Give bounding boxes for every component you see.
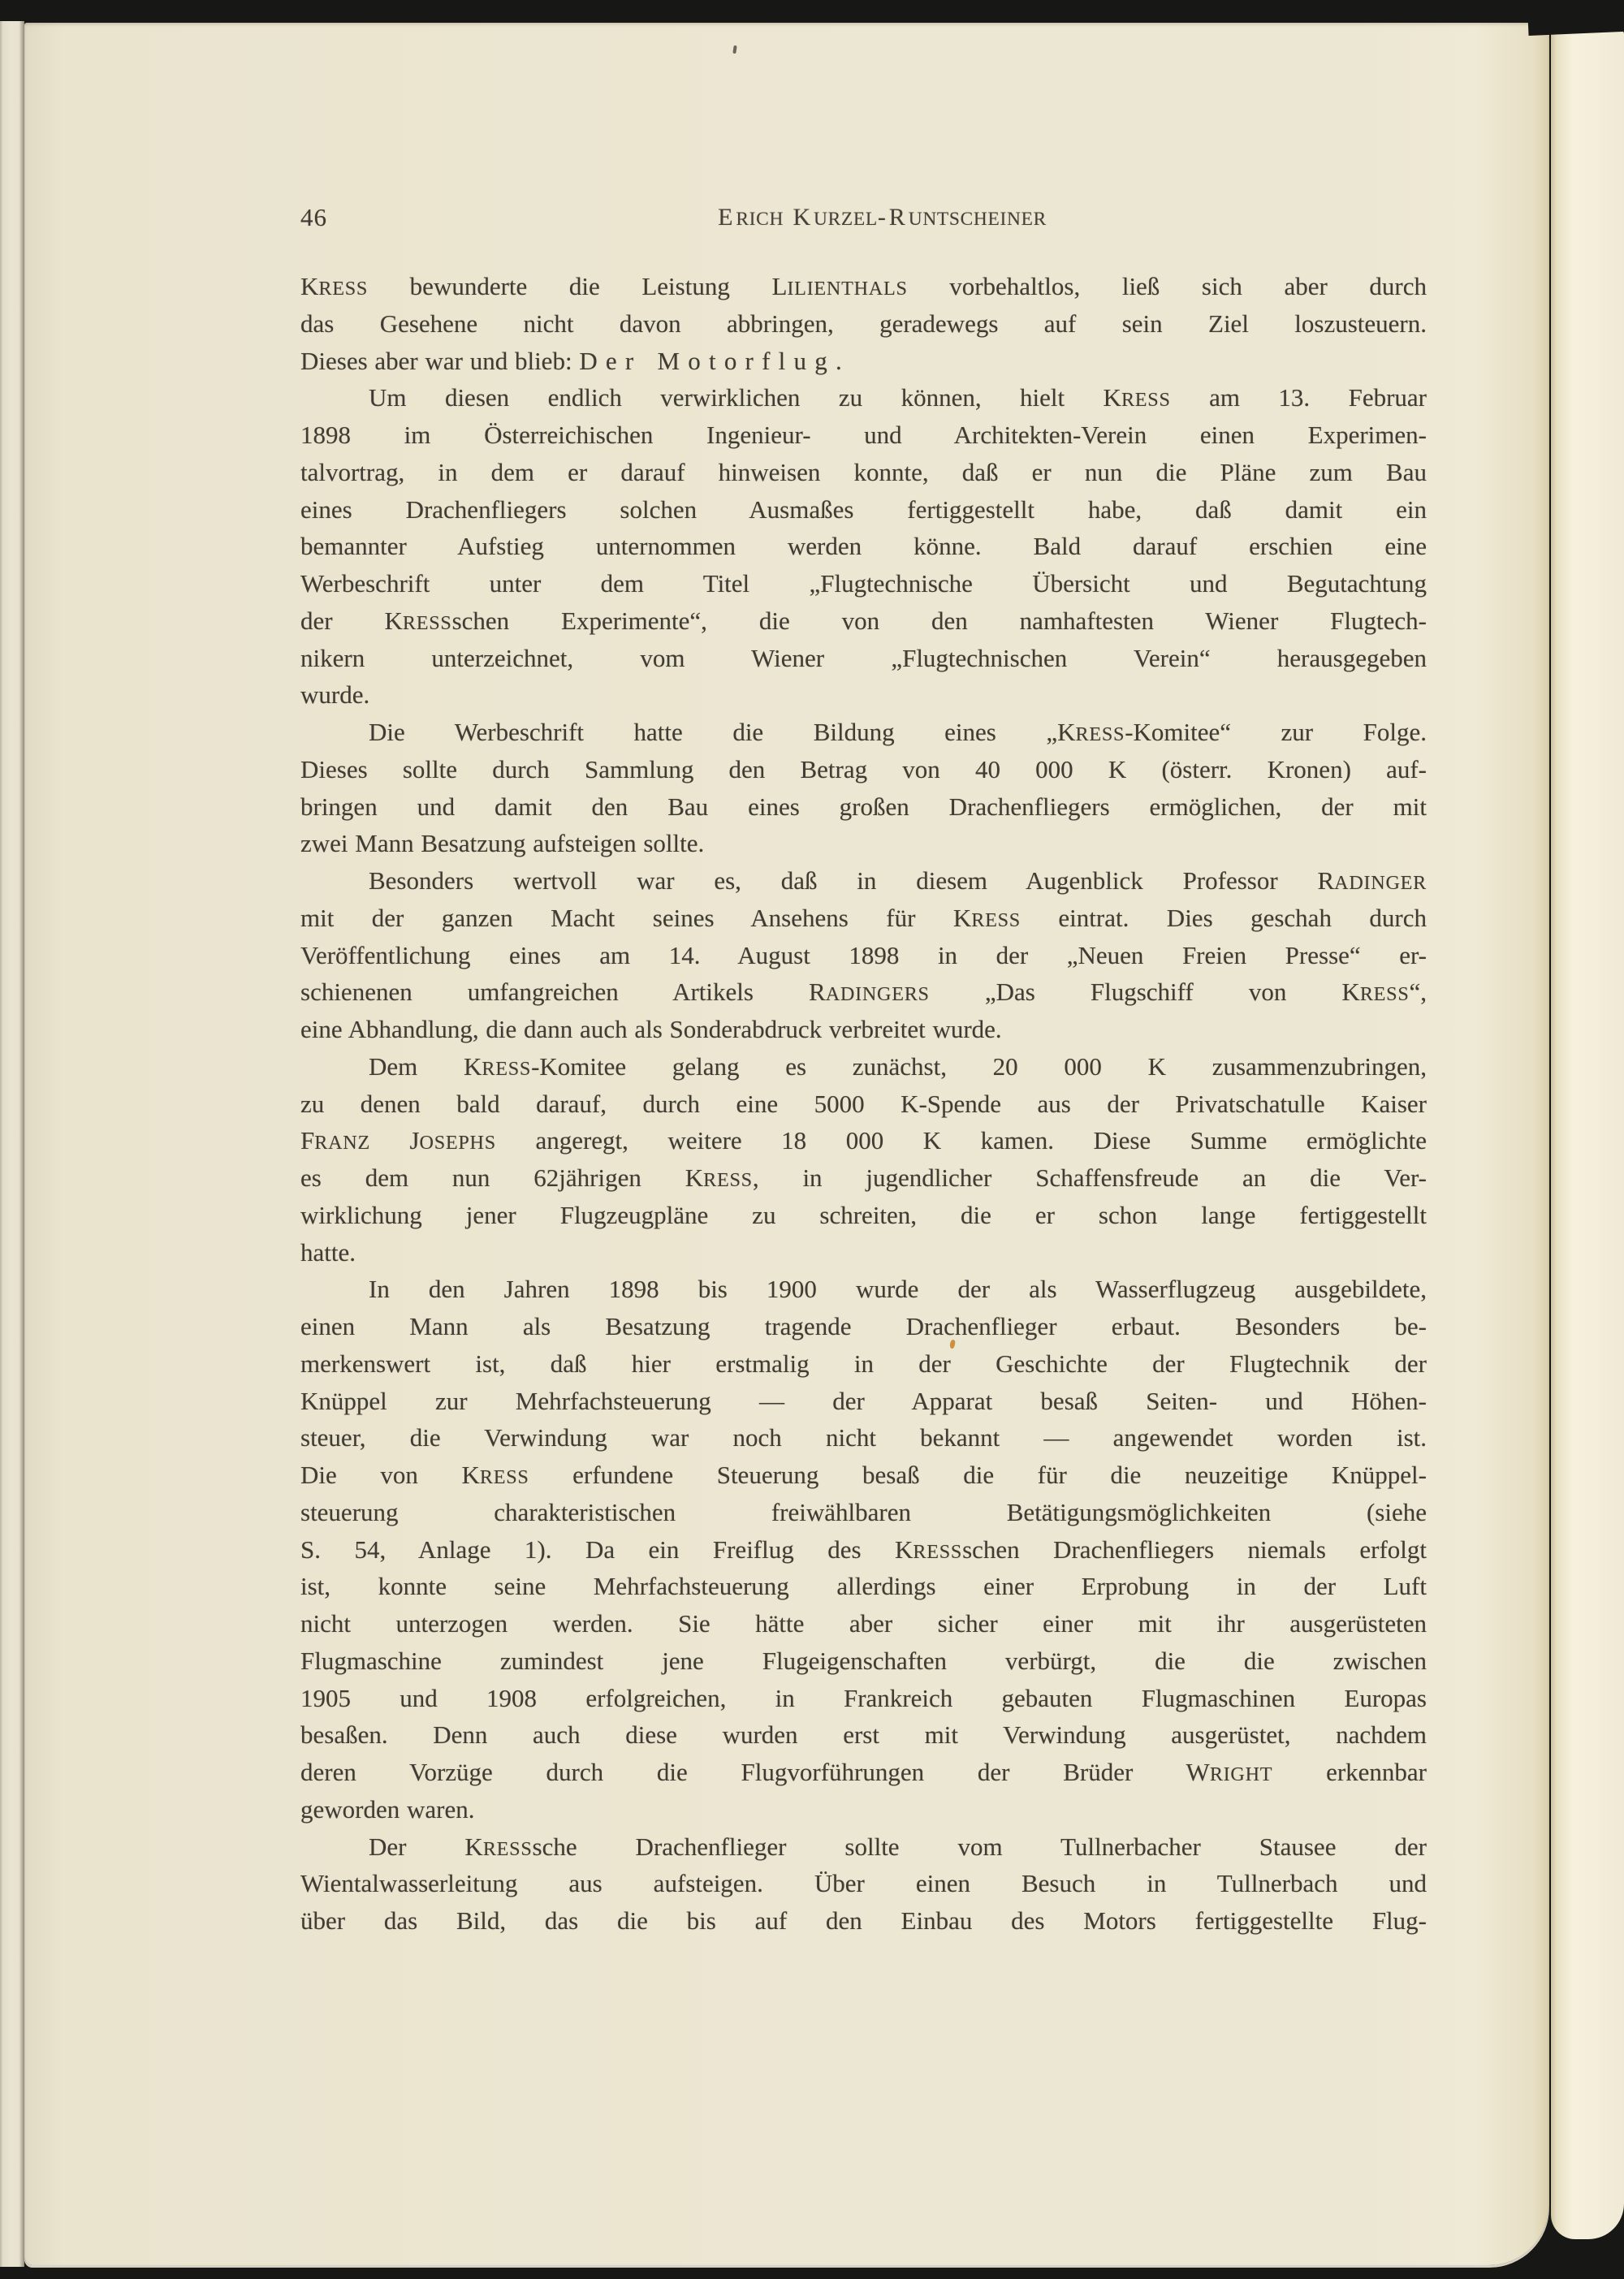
text-line: Der KRESSsche Drachenflieger sollte vom … [300, 1828, 1427, 1866]
paragraph-6: In den Jahren 1898 bis 1900 wurde der al… [300, 1271, 1427, 1828]
text-line: talvortrag, in dem er darauf hinweisen k… [300, 454, 1427, 491]
text-line: Besonders wertvoll war es, daß in diesem… [300, 862, 1427, 900]
text-line: eines Drachenfliegers solchen Ausmaßes f… [300, 491, 1427, 529]
text-line: In den Jahren 1898 bis 1900 wurde der al… [300, 1271, 1427, 1308]
text-line: Um diesen endlich verwirklichen zu könne… [300, 379, 1427, 417]
text-line: besaßen. Denn auch diese wurden erst mit… [300, 1716, 1427, 1754]
text-line: steuer, die Verwindung war noch nicht be… [300, 1419, 1427, 1457]
text-line: der KRESSschen Experimente“, die von den… [300, 602, 1427, 640]
text-line: zu denen bald darauf, durch eine 5000 K-… [300, 1086, 1427, 1123]
text-line: Werbeschrift unter dem Titel „Flugtechni… [300, 565, 1427, 602]
scanned-book-photo: { "header": { "page_number": "46", "runn… [0, 0, 1624, 2279]
text-line: Knüppel zur Mehrfachsteuerung — der Appa… [300, 1383, 1427, 1420]
text-line: das Gesehene nicht davon abbringen, gera… [300, 305, 1427, 343]
running-header-title: ERICH KURZEL-RUNTSCHEINER [300, 199, 1427, 239]
text-line: FRANZ JOSEPHS angeregt, weitere 18 000 K… [300, 1122, 1427, 1159]
text-line: bringen und damit den Bau eines großen D… [300, 788, 1427, 826]
text-line: Wientalwasserleitung aus aufsteigen. Übe… [300, 1865, 1427, 1902]
page-number: 46 [300, 199, 327, 236]
text-line: 1898 im Österreichischen Ingenieur- und … [300, 417, 1427, 454]
running-header: 46 ERICH KURZEL-RUNTSCHEINER [300, 199, 1427, 236]
paragraph-5: Dem KRESS-Komitee gelang es zunächst, 20… [300, 1048, 1427, 1271]
text-line: merkenswert ist, daß hier erstmalig in d… [300, 1345, 1427, 1383]
text-line: nikern unterzeichnet, vom Wiener „Flugte… [300, 640, 1427, 677]
text-line: es dem nun 62jährigen KRESS, in jugendli… [300, 1159, 1427, 1197]
text-line: mit der ganzen Macht seines Ansehens für… [300, 900, 1427, 937]
text-line: wurde. [300, 676, 1427, 714]
page-stack-edge [1551, 29, 1624, 2239]
text-line: geworden waren. [300, 1791, 1427, 1828]
letterspaced-phrase: Der Motorflug. [579, 347, 850, 375]
paragraph-3: Die Werbeschrift hatte die Bildung eines… [300, 714, 1427, 862]
text-column: 46 ERICH KURZEL-RUNTSCHEINER KRESS bewun… [300, 199, 1427, 1940]
text-line: eine Abhandlung, die dann auch als Sonde… [300, 1011, 1427, 1048]
book-left-page-edge [0, 21, 24, 2267]
text-line: bemannter Aufstieg unternommen werden kö… [300, 528, 1427, 565]
paragraph-4: Besonders wertvoll war es, daß in diesem… [300, 862, 1427, 1048]
text-line: Dem KRESS-Komitee gelang es zunächst, 20… [300, 1048, 1427, 1086]
text-line: über das Bild, das die bis auf den Einba… [300, 1902, 1427, 1940]
text-line: nicht unterzogen werden. Sie hätte aber … [300, 1605, 1427, 1642]
text-line: Die Werbeschrift hatte die Bildung eines… [300, 714, 1427, 751]
paragraph-2: Um diesen endlich verwirklichen zu könne… [300, 379, 1427, 714]
text-line: Veröffentlichung eines am 14. August 189… [300, 937, 1427, 974]
text-line: schienenen umfangreichen Artikels RADING… [300, 973, 1427, 1011]
text-line: KRESS bewunderte die Leistung LILIENTHAL… [300, 268, 1427, 305]
text-line: einen Mann als Besatzung tragende Drache… [300, 1308, 1427, 1345]
text-line: zwei Mann Besatzung aufsteigen sollte. [300, 825, 1427, 862]
paper-speck-dark [732, 45, 736, 54]
book-page: 46 ERICH KURZEL-RUNTSCHEINER KRESS bewun… [24, 23, 1549, 2265]
text-line: 1905 und 1908 erfolgreichen, in Frankrei… [300, 1680, 1427, 1717]
text-run: Dieses aber war und blieb: [300, 347, 579, 375]
text-line: wirklichung jener Flugzeugpläne zu schre… [300, 1197, 1427, 1234]
text-line: Dieses aber war und blieb: Der Motorflug… [300, 343, 1427, 380]
text-line: Die von KRESS erfundene Steuerung besaß … [300, 1457, 1427, 1494]
text-line: hatte. [300, 1234, 1427, 1271]
text-line: Flugmaschine zumindest jene Flugeigensch… [300, 1642, 1427, 1680]
background-corner-wedge [1527, 11, 1624, 36]
text-line: steuerung charakteristischen freiwählbar… [300, 1494, 1427, 1531]
paragraph-1: KRESS bewunderte die Leistung LILIENTHAL… [300, 268, 1427, 379]
text-line: deren Vorzüge durch die Flugvorführungen… [300, 1754, 1427, 1791]
paragraph-7: Der KRESSsche Drachenflieger sollte vom … [300, 1828, 1427, 1940]
text-line: S. 54, Anlage 1). Da ein Freiflug des KR… [300, 1531, 1427, 1569]
text-line: Dieses sollte durch Sammlung den Betrag … [300, 751, 1427, 788]
text-line: ist, konnte seine Mehrfachsteuerung alle… [300, 1568, 1427, 1605]
